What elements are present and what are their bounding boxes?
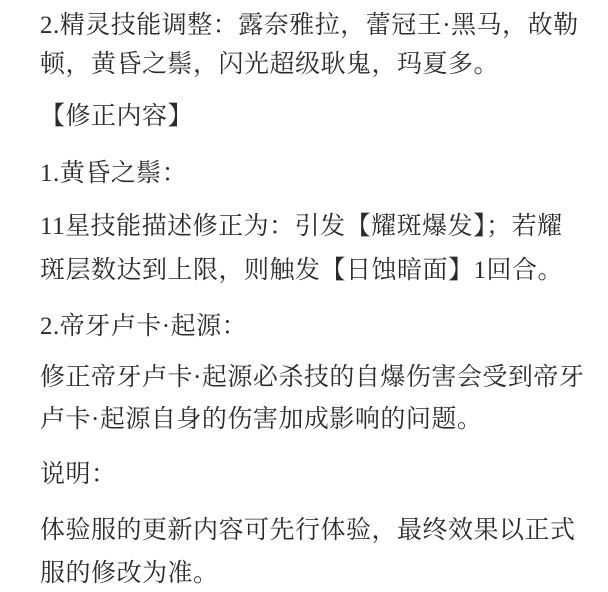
text-line-note-body-1: 体验服的更新内容可先行体验，最终效果以正式	[40, 514, 576, 548]
note-title: 说明：	[40, 458, 117, 492]
fix-2-title: 2.帝牙卢卡·起源：	[40, 310, 247, 344]
section-header-fix-contents: 【修正内容】	[40, 100, 193, 134]
text-line-skill-adjustment-1: 2.精灵技能调整：露奈雅拉，蕾冠王·黑马，故勒	[40, 9, 579, 43]
text-line-note-body-2: 服的修改为准。	[40, 557, 219, 591]
fix-1-title: 1.黄昏之鬃：	[40, 157, 187, 191]
text-line-fix-2-body-2: 卢卡·起源自身的伤害加成影响的问题。	[40, 403, 482, 437]
text-line-fix-1-body-1: 11星技能描述修正为：引发【耀斑爆发】；若耀	[40, 210, 563, 244]
text-line-fix-1-body-2: 斑层数达到上限，则触发【日蚀暗面】1回合。	[40, 254, 563, 288]
patch-notes-page: 2.精灵技能调整：露奈雅拉，蕾冠王·黑马，故勒 顿，黄昏之鬃，闪光超级耿鬼，玛夏…	[0, 0, 608, 592]
text-line-skill-adjustment-2: 顿，黄昏之鬃，闪光超级耿鬼，玛夏多。	[40, 48, 499, 82]
text-line-fix-2-body-1: 修正帝牙卢卡·起源必杀技的自爆伤害会受到帝牙	[40, 361, 584, 395]
